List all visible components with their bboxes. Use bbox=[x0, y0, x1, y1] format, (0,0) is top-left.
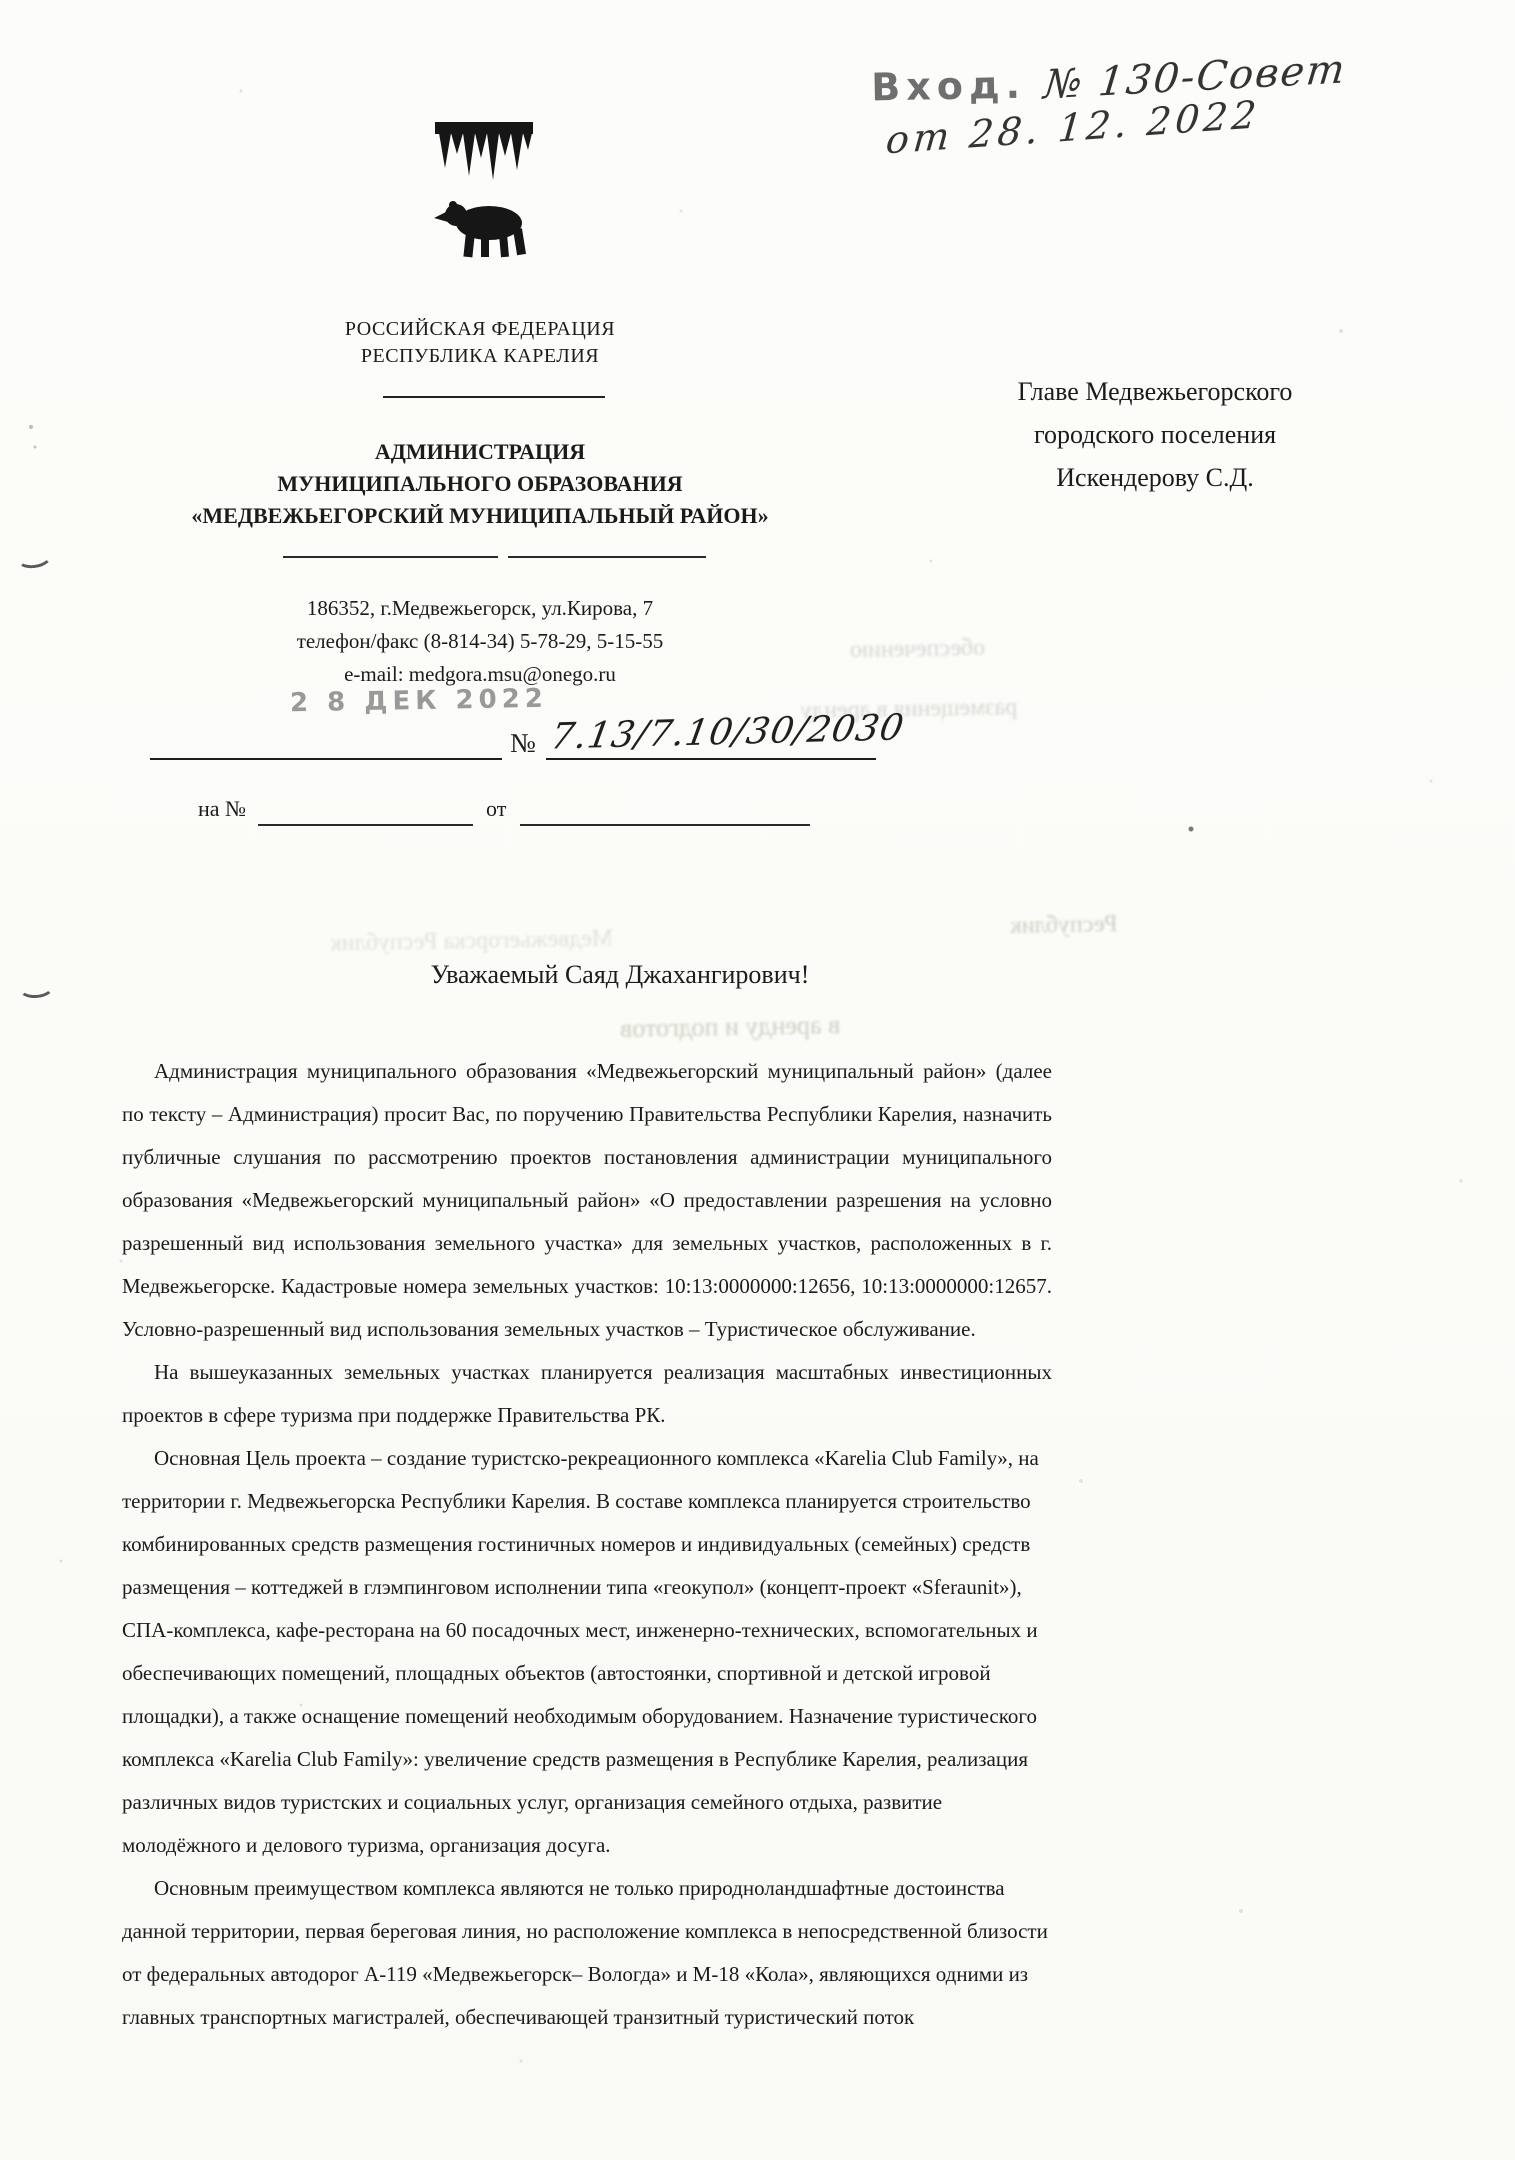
scan-noise-speckles bbox=[0, 0, 2, 2]
number-sign: № bbox=[510, 728, 536, 759]
bleedthrough-text: в аренду и подготов bbox=[620, 1010, 841, 1044]
blank-underline bbox=[150, 758, 502, 760]
addressee-line2: городского поселения bbox=[985, 413, 1325, 456]
country-name: РОССИЙСКАЯ ФЕДЕРАЦИЯ bbox=[140, 316, 820, 343]
ref-date-label: от bbox=[486, 796, 506, 822]
blank-underline bbox=[258, 824, 473, 826]
body-paragraph: На вышеуказанных земельных участках план… bbox=[122, 1351, 1052, 1437]
incoming-stamp-word: Вход. bbox=[871, 63, 1026, 110]
forest-icon bbox=[435, 122, 533, 180]
ref-number-label: на № bbox=[198, 796, 246, 822]
body-paragraph: Основным преимуществом комплекса являютс… bbox=[122, 1867, 1052, 2039]
salutation: Уважаемый Саяд Джахангирович! bbox=[155, 960, 1085, 990]
organization-line2: МУНИЦИПАЛЬНОГО ОБРАЗОВАНИЯ bbox=[120, 468, 840, 500]
scan-artifact-curl bbox=[17, 975, 54, 999]
blank-underline bbox=[520, 824, 810, 826]
contact-block: 186352, г.Медвежьегорск, ул.Кирова, 7 те… bbox=[140, 592, 820, 691]
karelia-coat-of-arms-icon bbox=[425, 120, 543, 305]
postal-address: 186352, г.Медвежьегорск, ул.Кирова, 7 bbox=[140, 592, 820, 625]
divider-line bbox=[508, 556, 706, 558]
blank-underline bbox=[546, 758, 876, 760]
body-paragraph: Администрация муниципального образования… bbox=[122, 1050, 1052, 1351]
addressee-line3: Искендерову С.Д. bbox=[985, 456, 1325, 499]
organization-name-block: АДМИНИСТРАЦИЯ МУНИЦИПАЛЬНОГО ОБРАЗОВАНИЯ… bbox=[120, 436, 840, 532]
organization-line3: «МЕДВЕЖЬЕГОРСКИЙ МУНИЦИПАЛЬНЫЙ РАЙОН» bbox=[120, 500, 840, 532]
date-stamp: 2 8 ДЕК 2022 bbox=[290, 684, 548, 718]
letter-body: Администрация муниципального образования… bbox=[122, 1050, 1052, 2039]
bleedthrough-text: обеспечению bbox=[850, 635, 985, 664]
scanned-letter-page: обеспечению размещения в аренду Республи… bbox=[0, 0, 1515, 2160]
outgoing-number-handwritten: 7.13/7.10/30/2030 bbox=[548, 707, 908, 757]
addressee-block: Главе Медвежьегорского городского поселе… bbox=[985, 370, 1325, 499]
bear-icon bbox=[434, 201, 526, 257]
reference-number-row: на № от bbox=[198, 796, 878, 840]
outgoing-number-row: № 7.13/7.10/30/2030 bbox=[150, 722, 890, 768]
addressee-line1: Главе Медвежьегорского bbox=[985, 370, 1325, 413]
phone-fax: телефон/факс (8-814-34) 5-78-29, 5-15-55 bbox=[140, 625, 820, 658]
divider-line bbox=[383, 396, 605, 398]
scan-artifact-curl bbox=[15, 544, 54, 571]
letterhead-country-block: РОССИЙСКАЯ ФЕДЕРАЦИЯ РЕСПУБЛИКА КАРЕЛИЯ bbox=[140, 316, 820, 370]
body-paragraph: Основная Цель проекта – создание туристс… bbox=[122, 1437, 1052, 1867]
handwritten-registration-note: Вход. № 130-Совет от 28. 12. 2022 bbox=[871, 50, 1314, 155]
divider-line bbox=[283, 556, 498, 558]
region-name: РЕСПУБЛИКА КАРЕЛИЯ bbox=[140, 343, 820, 370]
organization-line1: АДМИНИСТРАЦИЯ bbox=[120, 436, 840, 468]
bleedthrough-text: Республик bbox=[1010, 911, 1118, 940]
bleedthrough-text: Медвежьегорска Республик bbox=[330, 926, 613, 958]
